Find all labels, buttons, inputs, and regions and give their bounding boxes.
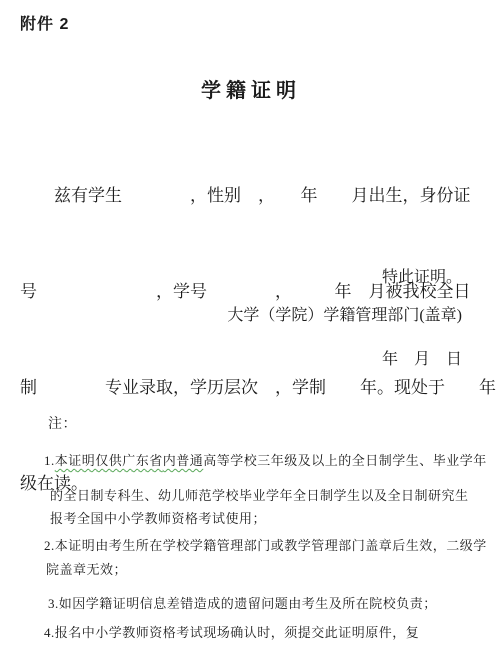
grammar-squiggle-text-1: 本证明仅供广东省 [55,453,163,468]
grammar-squiggle-text-2: 内普通 [163,453,204,468]
note-2-line-2: 院盖章无效； [46,561,127,579]
department-signature-line: 大学（学院）学籍管理部门(盖章) [227,302,462,325]
document-page: 附件 2 学 籍 证 明 兹有学生 ，性别 ， 年 月出生，身份证 号 ，学号 … [0,0,497,662]
certify-statement: 特此证明。 [382,264,462,287]
note-1-line-3: 报考全国中小学教师资格考试使用； [50,510,266,528]
note-1-line-2: 的全日制专科生、幼儿师范学校毕业学年全日制学生以及全日制研究生 [50,487,469,505]
attachment-label: 附件 2 [20,11,69,34]
note-2-line-1: 2.本证明由考生所在学校学籍管理部门或教学管理部门盖章后生效，二级学 [44,537,487,555]
note-1-line-1: 1.本证明仅供广东省内普通高等学校三年级及以上的全日制学生、毕业学年 [44,452,487,470]
document-title: 学 籍 证 明 [0,74,497,103]
note-1-number: 1. [44,453,55,468]
note-4: 4.报名中小学教师资格考试现场确认时，须提交此证明原件，复 [44,624,419,642]
notes-label: 注： [48,416,77,434]
note-3: 3.如因学籍证明信息差错造成的遗留问题由考生及所在院校负责； [48,595,437,613]
body-line-3: 制 专业录取，学历层次 ，学制 年。现处于 年 [20,372,482,404]
date-line: 年 月 日 [382,346,462,369]
body-line-1: 兹有学生 ，性别 ， 年 月出生，身份证 [20,180,482,212]
note-1-rest: 高等学校三年级及以上的全日制学生、毕业学年 [203,453,487,468]
